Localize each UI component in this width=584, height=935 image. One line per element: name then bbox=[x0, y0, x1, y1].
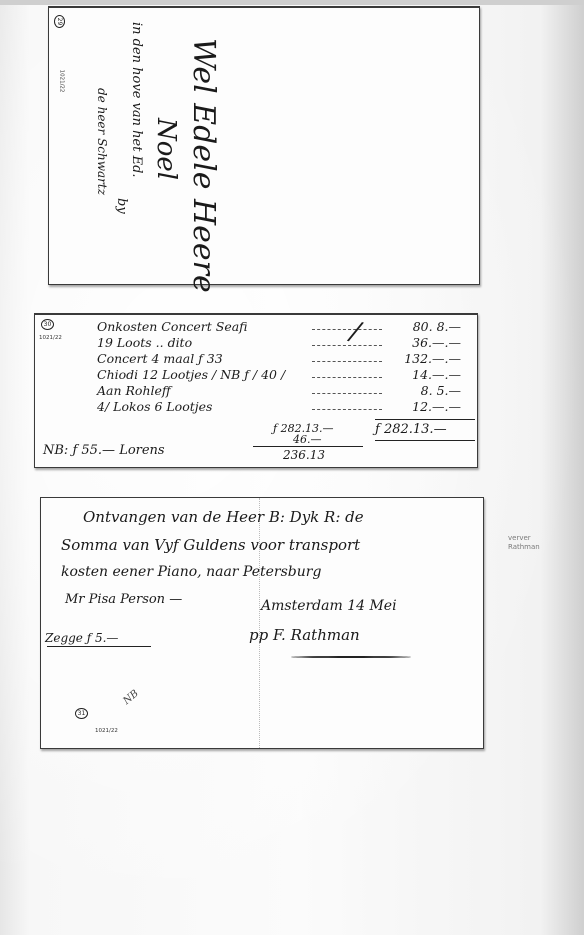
ledger-description: Concert 4 maal ƒ 33 bbox=[97, 351, 223, 366]
ledger-row: 19 Loots .. dito36.—.— bbox=[97, 335, 469, 351]
leader-dots bbox=[312, 409, 382, 410]
ledger-description: Chiodi 12 Lootjes / NB ƒ / 40 / bbox=[97, 367, 285, 382]
document-slip-30: 30 1021/22 Onkosten Concert Seafi80. 8.—… bbox=[34, 313, 478, 468]
ledger-description: 4/ Lokos 6 Lootjes bbox=[97, 399, 212, 414]
slip-number-badge: 30 bbox=[41, 319, 54, 330]
amount-underline bbox=[47, 646, 151, 647]
ledger-total: ƒ 282.13.— bbox=[375, 422, 447, 437]
amount-note: Zegge ƒ 5.— bbox=[45, 631, 118, 645]
receipt-line-4: Mr Pisa Person — bbox=[65, 592, 182, 607]
address-line-5: de heer Schwartz bbox=[95, 88, 109, 195]
total-rule bbox=[375, 419, 475, 420]
ledger-description: Onkosten Concert Seafi bbox=[97, 319, 248, 334]
slip-reference: 1021/22 bbox=[58, 70, 64, 93]
margin-note-line-1: verver bbox=[508, 534, 540, 543]
ledger-amount: 12.—.— bbox=[412, 399, 461, 414]
margin-note: verver Rathman bbox=[508, 534, 540, 552]
document-slip-29: 29 1021/22 Wel Edele Heere Noel in den h… bbox=[48, 6, 480, 285]
ledger-row: Chiodi 12 Lootjes / NB ƒ / 40 /14.—.— bbox=[97, 367, 469, 383]
slip-reference: 1021/22 bbox=[39, 335, 62, 341]
ledger-amount: 80. 8.— bbox=[413, 319, 461, 334]
signature-flourish bbox=[291, 656, 411, 658]
margin-note-line-2: Rathman bbox=[508, 543, 540, 552]
total-underline bbox=[375, 440, 475, 441]
signature-name: pp F. Rathman bbox=[249, 626, 360, 644]
slip-number-badge: 29 bbox=[54, 15, 65, 28]
leader-dots bbox=[312, 329, 382, 330]
receipt-line-2: Somma van Vyf Guldens voor transport bbox=[61, 536, 360, 554]
ledger-row: Concert 4 maal ƒ 33132.—.— bbox=[97, 351, 469, 367]
ledger-row: Onkosten Concert Seafi80. 8.— bbox=[97, 319, 469, 335]
address-line-1: Wel Edele Heere bbox=[186, 38, 221, 293]
slip-number-badge: 31 bbox=[75, 708, 88, 719]
receipt-line-3: kosten eener Piano, naar Petersburg bbox=[61, 564, 321, 580]
ledger-row: Aan Rohleff8. 5.— bbox=[97, 383, 469, 399]
ledger-row: 4/ Lokos 6 Lootjes12.—.— bbox=[97, 399, 469, 415]
leader-dots bbox=[312, 393, 382, 394]
scan-top-edge bbox=[0, 0, 584, 5]
leader-dots bbox=[312, 361, 382, 362]
address-line-2: Noel bbox=[151, 118, 181, 180]
leader-dots bbox=[312, 377, 382, 378]
address-line-4: by bbox=[114, 198, 129, 214]
ledger-note: NB: ƒ 55.— Lorens bbox=[43, 443, 165, 458]
receipt-line-1: Ontvangen van de Heer B: Dyk R: de bbox=[83, 508, 364, 526]
ledger-amount: 14.—.— bbox=[412, 367, 461, 382]
ledger-amount: 132.—.— bbox=[404, 351, 461, 366]
subtotal-result: 236.13 bbox=[283, 448, 325, 462]
subtotal-rule bbox=[253, 446, 363, 447]
signature-place-date: Amsterdam 14 Mei bbox=[261, 598, 397, 614]
stamp-mark: NB bbox=[121, 688, 140, 707]
ledger-amount: 8. 5.— bbox=[421, 383, 461, 398]
address-line-3: in den hove van het Ed. bbox=[129, 22, 144, 178]
subtotal-line-2: 46.— bbox=[293, 433, 322, 446]
document-slip-31: Ontvangen van de Heer B: Dyk R: de Somma… bbox=[40, 497, 484, 749]
ledger-description: 19 Loots .. dito bbox=[97, 335, 192, 350]
slip-reference: 1021/22 bbox=[95, 728, 118, 734]
ledger-description: Aan Rohleff bbox=[97, 383, 171, 398]
ledger-amount: 36.—.— bbox=[412, 335, 461, 350]
